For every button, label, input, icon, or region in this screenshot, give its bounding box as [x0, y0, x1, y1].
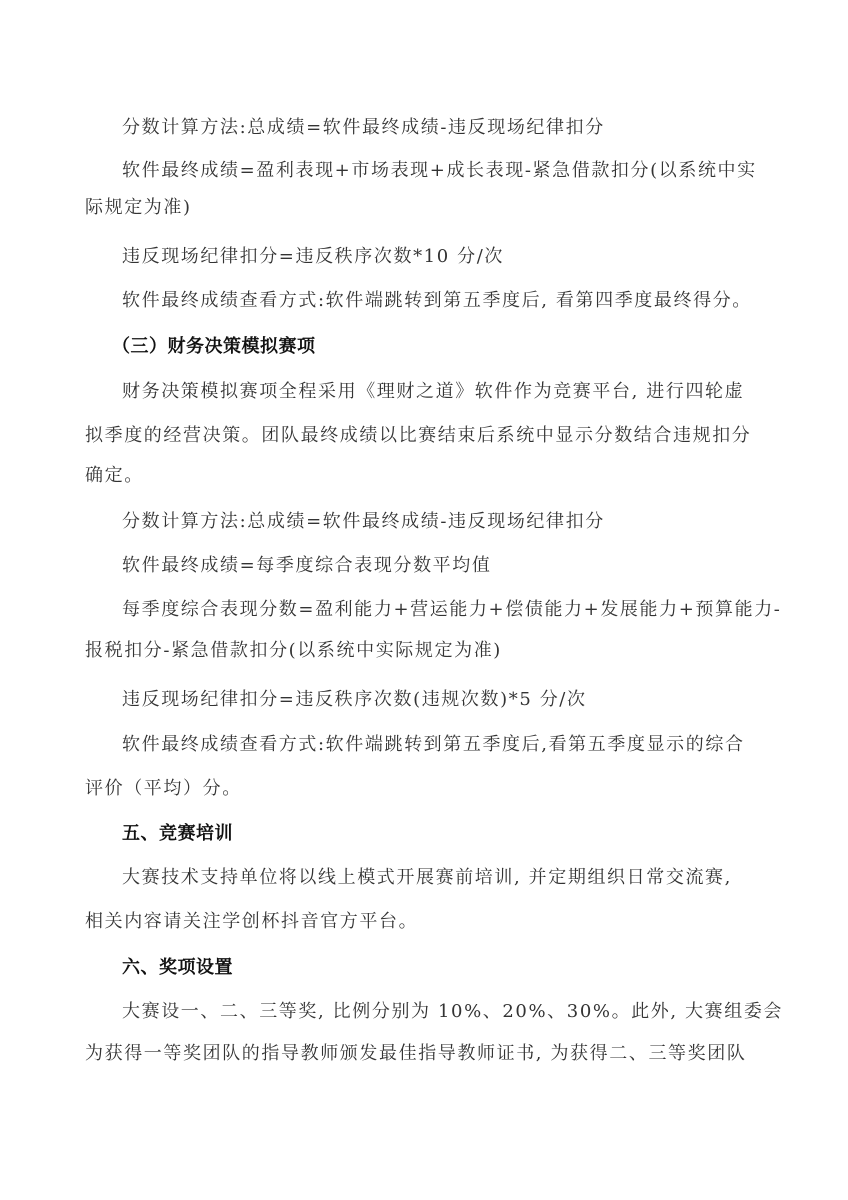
- paragraph-software-score-1: 软件最终成绩=盈利表现+市场表现+成长表现-紧急借款扣分(以系统中实: [122, 159, 812, 183]
- paragraph-financial-intro: 财务决策模拟赛项全程采用《理财之道》软件作为竞赛平台, 进行四轮虚: [122, 380, 812, 404]
- paragraph-financial-intro-cont-1: 拟季度的经营决策。团队最终成绩以比赛结束后系统中显示分数结合违规扣分: [85, 424, 775, 448]
- paragraph-training-cont: 相关内容请关注学创杯抖音官方平台。: [85, 910, 775, 934]
- paragraph-discipline-deduction-1: 违反现场纪律扣分=违反秩序次数*10 分/次: [122, 245, 812, 269]
- paragraph-software-score-2: 软件最终成绩=每季度综合表现分数平均值: [122, 554, 812, 578]
- heading-competition-training: 五、竞赛培训: [122, 822, 812, 846]
- heading-award-settings: 六、奖项设置: [122, 956, 812, 980]
- paragraph-awards-cont: 为获得一等奖团队的指导教师颁发最佳指导教师证书, 为获得二、三等奖团队: [85, 1042, 775, 1066]
- paragraph-score-method-2: 分数计算方法:总成绩=软件最终成绩-违反现场纪律扣分: [122, 510, 812, 534]
- paragraph-software-score-1-cont: 际规定为准): [85, 196, 775, 220]
- paragraph-awards: 大赛设一、二、三等奖, 比例分别为 10%、20%、30%。此外, 大赛组委会: [122, 1000, 812, 1024]
- paragraph-view-method-2-cont: 评价（平均）分。: [85, 777, 775, 801]
- document-page: 分数计算方法:总成绩=软件最终成绩-违反现场纪律扣分 软件最终成绩=盈利表现+市…: [0, 0, 848, 1200]
- paragraph-training: 大赛技术支持单位将以线上模式开展赛前培训, 并定期组织日常交流赛,: [122, 866, 812, 890]
- paragraph-financial-intro-cont-2: 确定。: [85, 464, 775, 488]
- paragraph-view-method-2: 软件最终成绩查看方式:软件端跳转到第五季度后,看第五季度显示的综合: [122, 733, 812, 757]
- paragraph-quarterly-score-cont: 报税扣分-紧急借款扣分(以系统中实际规定为准): [85, 639, 775, 663]
- paragraph-score-method-1: 分数计算方法:总成绩=软件最终成绩-违反现场纪律扣分: [122, 116, 812, 140]
- paragraph-discipline-deduction-2: 违反现场纪律扣分=违反秩序次数(违规次数)*5 分/次: [122, 688, 812, 712]
- subheading-financial-decision: （三）财务决策模拟赛项: [112, 335, 802, 359]
- paragraph-view-method-1: 软件最终成绩查看方式:软件端跳转到第五季度后, 看第四季度最终得分。: [122, 289, 812, 313]
- paragraph-quarterly-score: 每季度综合表现分数=盈利能力+营运能力+偿债能力+发展能力+预算能力-: [122, 598, 812, 622]
